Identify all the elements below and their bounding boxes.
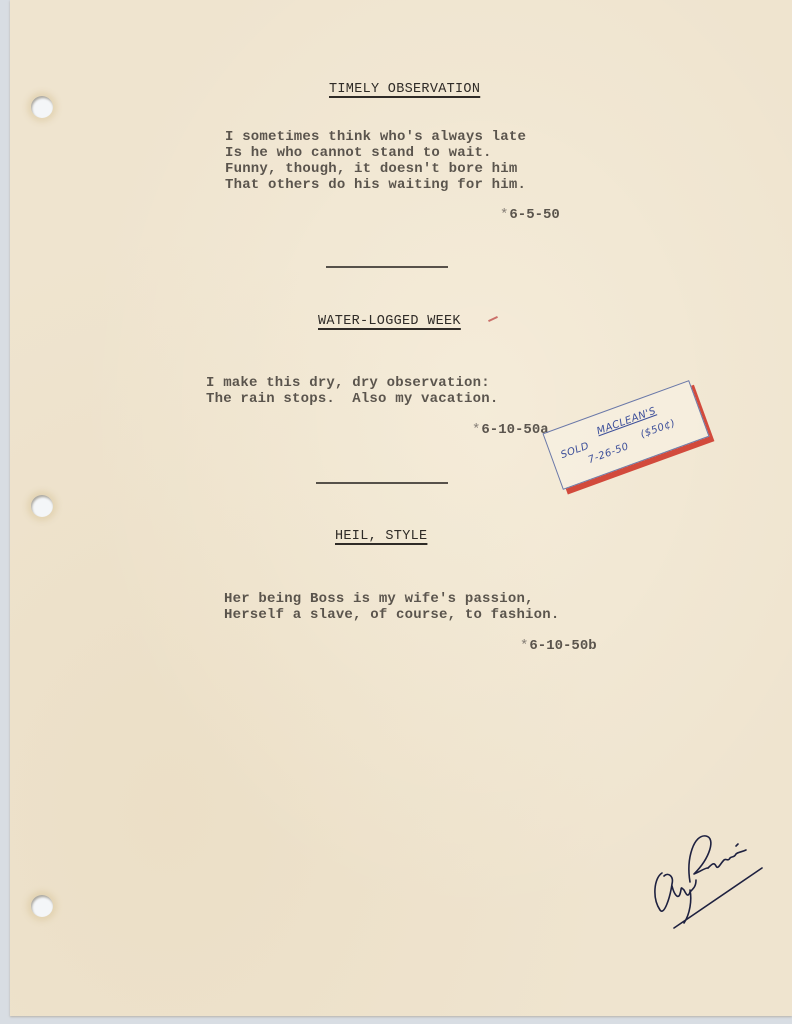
poem-line: I sometimes think who's always late xyxy=(225,129,526,145)
asterisk-mark: * xyxy=(520,638,528,654)
poem-line: Is he who cannot stand to wait. xyxy=(225,145,526,161)
poem-line: The rain stops. Also my vacation. xyxy=(206,391,498,407)
poem-date-heil-style: *6-10-50b xyxy=(520,638,597,654)
poem-body-heil-style: Her being Boss is my wife's passion,Hers… xyxy=(224,591,559,623)
punch-hole-middle xyxy=(31,495,53,517)
signature-icon xyxy=(650,828,770,933)
poem-line: I make this dry, dry observation: xyxy=(206,375,498,391)
date-text: 6-10-50b xyxy=(529,638,596,654)
typewritten-page: TIMELY OBSERVATION I sometimes think who… xyxy=(10,0,792,1016)
punch-hole-bottom xyxy=(31,895,53,917)
asterisk-mark: * xyxy=(500,207,508,223)
date-text: 6-10-50a xyxy=(481,422,548,438)
poem-body-timely-observation: I sometimes think who's always lateIs he… xyxy=(225,129,526,193)
sold-annotation-box: SOLD MACLEAN'S 7-26-50 ($50¢) xyxy=(542,380,709,490)
punch-hole-top xyxy=(31,96,53,118)
red-check-mark xyxy=(488,316,498,322)
signature-text: Ray Romine xyxy=(770,828,771,829)
poem-date-water-logged-week: *6-10-50a xyxy=(472,422,549,438)
poem-title-heil-style: HEIL, STYLE xyxy=(335,529,427,544)
section-divider xyxy=(316,482,448,484)
section-divider xyxy=(326,266,448,268)
poem-body-water-logged-week: I make this dry, dry observation:The rai… xyxy=(206,375,498,407)
asterisk-mark: * xyxy=(472,422,480,438)
date-text: 6-5-50 xyxy=(509,207,559,223)
handwritten-signature: Ray Romine xyxy=(650,828,770,933)
poem-line: Herself a slave, of course, to fashion. xyxy=(224,607,559,623)
poem-title-timely-observation: TIMELY OBSERVATION xyxy=(329,82,480,97)
poem-line: Her being Boss is my wife's passion, xyxy=(224,591,559,607)
poem-date-timely-observation: *6-5-50 xyxy=(500,207,560,223)
poem-title-water-logged-week: WATER-LOGGED WEEK xyxy=(318,314,461,329)
poem-line: Funny, though, it doesn't bore him xyxy=(225,161,526,177)
poem-line: That others do his waiting for him. xyxy=(225,177,526,193)
sold-box-outline xyxy=(542,380,709,490)
